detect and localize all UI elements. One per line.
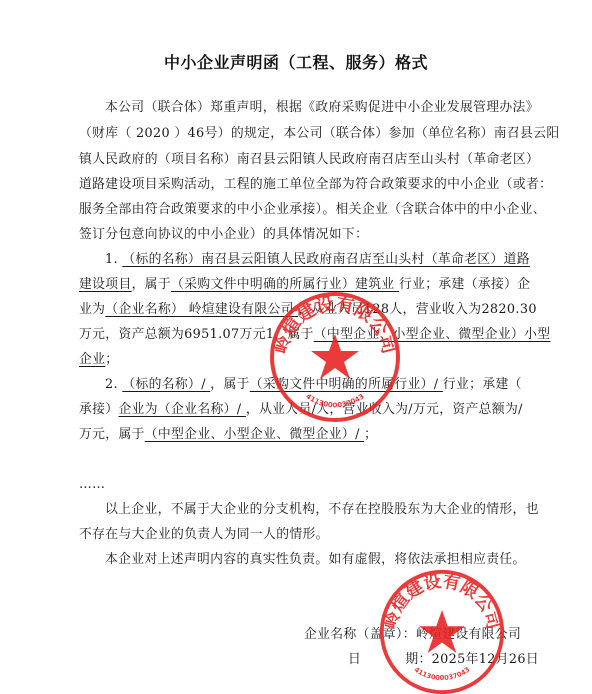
item2-line: 承接）企业为（企业名称）/ ，从业人员/人，营业收入为/万元，资产总额为/ xyxy=(79,402,519,418)
static-text: 承接） xyxy=(79,402,118,417)
company-name-field: （企业名称） 岭煊建设有限公司 xyxy=(105,302,298,317)
enterprise-size-field: 企业 xyxy=(79,352,105,367)
static-text: ； xyxy=(364,427,377,442)
subject-name-field: （标的名称）/ xyxy=(122,377,210,392)
item-number: 2. xyxy=(105,377,122,392)
static-text: ，属于 xyxy=(210,377,249,392)
company-name-field: 企业为（企业名称）/ xyxy=(118,402,245,417)
item2-line: 2. （标的名称）/ ，属于（采购文件中明确的所属行业）/ 行业；承建（ xyxy=(105,377,519,393)
company-label: 企业名称（盖章）： xyxy=(304,627,416,642)
industry-field: （采购文件中明确的所属行业）/ xyxy=(250,377,443,392)
intro-line: 镇人民政府的（项目名称）南召县云阳镇人民政府南召店至山头村（革命老区） xyxy=(79,152,519,168)
intro-line: 本公司（联合体）郑重声明，根据《政府采购促进中小企业发展管理办法》 xyxy=(105,100,519,116)
signature-date: 日 期：2025年12月26日 xyxy=(348,652,548,668)
intro-line: 签订分包意向协议的中小企业）的具体情况如下： xyxy=(79,227,519,243)
date-label: 日 期： xyxy=(348,652,432,667)
closing-line: 以上企业，不属于大企业的分支机构，不存在控股股东为大企业的情形，也 xyxy=(105,502,519,518)
static-text: 行业；承建（ xyxy=(443,377,522,392)
closing-line: 本企业对上述声明内容的真实性负责。如有虚假，将依法承担相应责任。 xyxy=(105,552,519,568)
subject-name-field: 建设项目 xyxy=(79,277,132,292)
intro-line: （财库（ 2020 ）46号）的规定，本公司（联合体）参加（单位名称）南召县云阳 xyxy=(79,126,519,142)
enterprise-size-field: （中型企业、小型企业、微型企业）小型 xyxy=(314,327,551,342)
signature-company: 企业名称（盖章）：岭煊建设有限公司 xyxy=(304,627,544,643)
static-text: 业为 xyxy=(79,302,105,317)
static-text: ； xyxy=(105,352,118,367)
ellipsis: …… xyxy=(79,477,519,493)
static-text: ，属于 xyxy=(132,277,171,292)
intro-line: 服务全部由符合政策要求的中小企业承接）。相关企业（含联合体中的中小企业、 xyxy=(79,202,519,218)
item2-line: 万元，属于（中型企业、小型企业、微型企业）/ ； xyxy=(79,427,519,443)
industry-field: （采购文件中明确的所属行业）建筑业 xyxy=(171,277,399,292)
svg-text:岭煊建设有限公司: 岭煊建设有限公司 xyxy=(380,571,503,632)
static-text: 行业；承建（承接）企 xyxy=(399,277,530,292)
assets-text: 万元，资产总额为6951.07万元1，属于 xyxy=(79,327,314,342)
document-title: 中小企业声明函（工程、服务）格式 xyxy=(0,50,592,73)
date-value: 2025年12月26日 xyxy=(432,652,539,667)
company-value: 岭煊建设有限公司 xyxy=(416,627,521,642)
employees-revenue-text: ，从业人员128人，营业收入为2820.30 xyxy=(298,302,537,317)
item1-line: 建设项目，属于（采购文件中明确的所属行业）建筑业 行业；承建（承接）企 xyxy=(79,277,519,293)
closing-line: 不存在与大企业的负责人为同一人的情形。 xyxy=(79,527,519,543)
item-number: 1. xyxy=(105,252,122,267)
static-text: ，从业人员/人，营业收入为/万元，资产总额为/ xyxy=(246,402,523,417)
subject-name-field: （标的名称）南召县云阳镇人民政府南召店至山头村（革命老区）道路 xyxy=(122,252,530,267)
item1-line: 万元，资产总额为6951.07万元1，属于（中型企业、小型企业、微型企业）小型 xyxy=(79,327,519,343)
static-text: 万元，属于 xyxy=(79,427,145,442)
item1-line: 1. （标的名称）南召县云阳镇人民政府南召店至山头村（革命老区）道路 xyxy=(105,252,519,268)
enterprise-size-field: （中型企业、小型企业、微型企业）/ xyxy=(145,427,364,442)
intro-line: 道路建设项目采购活动，工程的施工单位全部为符合政策要求的中小企业（或者： xyxy=(79,177,519,193)
item1-line: 企业； xyxy=(79,352,519,368)
item1-line: 业为（企业名称） 岭煊建设有限公司 ，从业人员128人，营业收入为2820.30 xyxy=(79,302,519,318)
